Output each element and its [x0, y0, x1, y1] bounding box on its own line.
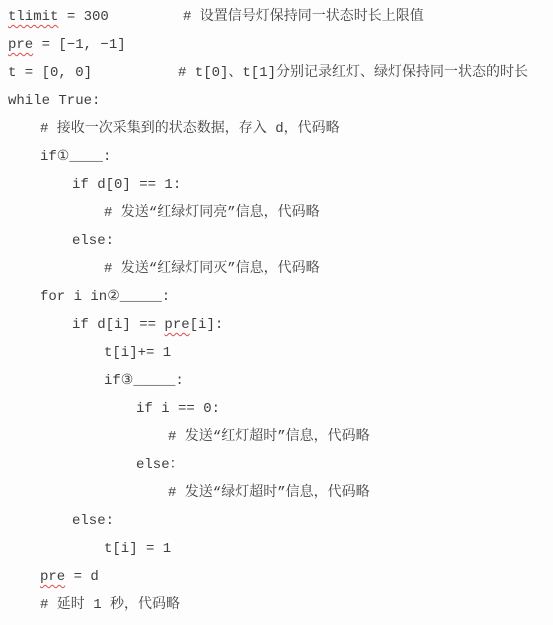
comment-text: # 设置信号灯保持同一状态时长上限值 — [183, 3, 424, 31]
code-line: if①____: — [0, 143, 553, 171]
code-line: else： — [0, 451, 553, 479]
code-text: else: — [72, 233, 114, 249]
code-document: tlimit = 300# 设置信号灯保持同一状态时长上限值pre = [−1,… — [0, 0, 553, 625]
spellcheck-flagged-token: pre — [8, 37, 33, 53]
code-text: if d[i] == — [72, 317, 164, 333]
comment-text: # t[0]、t[1]分别记录红灯、绿灯保持同一状态的时长 — [178, 59, 528, 87]
document-page: { "page": { "background": "#fdfdfd", "te… — [0, 0, 553, 625]
code-line: tlimit = 300# 设置信号灯保持同一状态时长上限值 — [0, 3, 553, 31]
code-line: # 发送“红灯超时”信息，代码略 — [0, 423, 553, 451]
code-text: = [−1, −1] — [33, 37, 125, 53]
code-text: t = [0, 0] — [8, 65, 92, 81]
code-line: while True: — [0, 87, 553, 115]
spellcheck-flagged-token: pre — [164, 317, 189, 333]
code-text: for i in②_____: — [40, 289, 170, 305]
comment-text: # 发送“红绿灯同亮”信息，代码略 — [104, 205, 320, 221]
code-text: t[i] = 1 — [104, 541, 171, 557]
comment-text: # 延时 1 秒，代码略 — [40, 597, 180, 613]
code-line: if d[0] == 1: — [0, 171, 553, 199]
code-line: # 接收一次采集到的状态数据，存入 d，代码略 — [0, 115, 553, 143]
code-text: if③_____: — [104, 373, 184, 389]
code-line: else: — [0, 507, 553, 535]
code-line: if i == 0: — [0, 395, 553, 423]
code-text: while True: — [8, 93, 100, 109]
comment-text: # 发送“绿灯超时”信息，代码略 — [168, 485, 370, 501]
code-line: pre = [−1, −1] — [0, 31, 553, 59]
comment-text: # 发送“红绿灯同灭”信息，代码略 — [104, 261, 320, 277]
code-text: t[i]+= 1 — [104, 345, 171, 361]
code-line: pre = d — [0, 563, 553, 591]
code-text: if i == 0: — [136, 401, 220, 417]
code-line: t[i]+= 1 — [0, 339, 553, 367]
spellcheck-flagged-token: tlimit — [8, 9, 58, 25]
code-line: if③_____: — [0, 367, 553, 395]
code-text: = 300 — [58, 9, 108, 25]
comment-text: # 发送“红灯超时”信息，代码略 — [168, 429, 370, 445]
code-line: t[i] = 1 — [0, 535, 553, 563]
code-text: else: — [72, 513, 114, 529]
code-text: if①____: — [40, 149, 111, 165]
code-text: else： — [136, 457, 184, 473]
code-line: else: — [0, 227, 553, 255]
code-line: if d[i] == pre[i]: — [0, 311, 553, 339]
code-line: # 发送“红绿灯同灭”信息，代码略 — [0, 255, 553, 283]
code-text: [i]: — [190, 317, 224, 333]
spellcheck-flagged-token: pre — [40, 569, 65, 585]
comment-text: # 接收一次采集到的状态数据，存入 d，代码略 — [40, 121, 340, 137]
code-line: for i in②_____: — [0, 283, 553, 311]
code-block: tlimit = 300# 设置信号灯保持同一状态时长上限值pre = [−1,… — [0, 3, 553, 619]
code-line: # 延时 1 秒，代码略 — [0, 591, 553, 619]
code-text: = d — [65, 569, 99, 585]
code-line: # 发送“绿灯超时”信息，代码略 — [0, 479, 553, 507]
code-line: # 发送“红绿灯同亮”信息，代码略 — [0, 199, 553, 227]
code-text: if d[0] == 1: — [72, 177, 181, 193]
code-line: t = [0, 0]# t[0]、t[1]分别记录红灯、绿灯保持同一状态的时长 — [0, 59, 553, 87]
